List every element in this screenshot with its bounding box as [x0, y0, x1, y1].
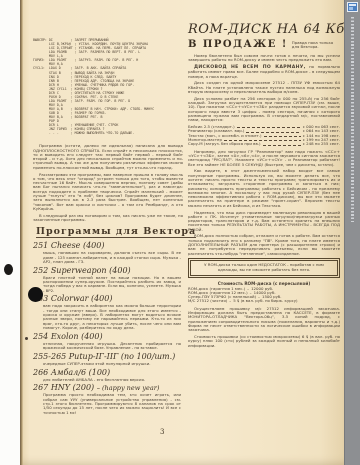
item-name: Cheese: [51, 241, 81, 250]
dust-speck: [25, 337, 28, 340]
item-size: (200): [73, 383, 95, 392]
on-sale-label: В ПРОДАЖЕ !: [188, 39, 288, 50]
item-size: (400): [81, 332, 103, 341]
item-name: HNY: [51, 383, 70, 392]
item-description: Враги плотной толпой валят на ваши позиц…: [43, 276, 181, 293]
item-number: 267: [33, 383, 48, 392]
price-value: 5 $ (в вал. руб. по бирж. курсу): [233, 299, 297, 303]
assembly-listing: ВЫВСПР: DI ; ЗАПРЕТ ПРЕРЫВАНИЙ LXI B,ЭКР…: [33, 26, 183, 135]
item-description: отличная, накрученная игрушка. Десантник…: [43, 342, 181, 351]
sector-table: Бейсик 2.5 (стандарт.) с 000 по 063 сект…: [188, 125, 340, 146]
item-name: Exolon: [51, 332, 79, 341]
item-name: Putup-IГ-IIГ: [69, 352, 119, 361]
page-number: 3: [160, 428, 164, 436]
paragraph: Рассматривая эти программы, вам наверное…: [33, 173, 183, 212]
catalog-item: 266 Амбал/6 (100) для любителей АМБАЛА -…: [33, 368, 183, 382]
catalog-item: 255-265 Putup-IГ-IIГ (по 100/шт.) очеред…: [33, 352, 183, 366]
item-size: (по 100/шт.): [121, 352, 175, 361]
program-name: Copy-M (загруз. без сброса при вв.): [188, 142, 261, 146]
item-size: (100): [89, 368, 111, 377]
vertical-caption-illegible: [351, 17, 354, 222]
paragraph: Программа (кстати, далеко не идеальная) …: [33, 144, 183, 170]
item-description: для любителей АМБАЛА - его бесплатная ве…: [43, 378, 181, 382]
item-number: 254: [33, 332, 48, 341]
paragraph: Номер бюллетеня был совсем почти готов к…: [188, 54, 340, 63]
item-size: (400): [109, 266, 131, 275]
paragraph: Надеемся, что наш диск произведет малень…: [188, 211, 340, 232]
item-description: мышь, попавшая на сыроварню, должна съес…: [43, 251, 181, 264]
item-number: 255-265: [33, 352, 66, 361]
catalog-item: 252 Superweapon (400) Враги плотной толп…: [33, 266, 183, 293]
window-icon[interactable]: [347, 2, 358, 12]
affordability-paragraph: ДИСКОВОД НЕ ВСЕМ ПО КАРМАНУ, но нормальн…: [188, 65, 340, 79]
item-description: вам надо закрасить в лабиринтах как можн…: [43, 304, 181, 330]
ordering-paragraphs: Осуществляем прошивку м/с 27512 информац…: [188, 307, 340, 348]
paragraph: Диск условно разбит на 256 секторов (с 0…: [188, 97, 340, 123]
price-rows: ROM-диск (гарантия 1 мес.) – 12000 руб. …: [188, 287, 340, 304]
price-list: Стоимость ROM-диска (с пересылкой) ROM-д…: [188, 281, 340, 304]
sector-table-row: Copy-M (загруз. без сброса при вв.) с 24…: [188, 142, 340, 146]
rom-disk-title: ROM-ДИСК НА 64 Кбайта: [188, 23, 340, 37]
catalog-item: 253 Colorwar (400) вам надо закрасить в …: [33, 294, 183, 330]
paragraph: Стоимость прошивки (со стоимостью микрос…: [188, 335, 340, 348]
dash-leader: [263, 145, 301, 146]
sale-row: В ПРОДАЖЕ ! Правда пока только для Векто…: [188, 39, 340, 50]
usage-paragraphs: Например, для загрузки ГР "Реаниматор" в…: [188, 150, 340, 256]
paragraph: ROM-диск полностью собран, отлажен и гот…: [188, 234, 340, 255]
price-list-title: Стоимость ROM-диска (с пересылкой): [188, 281, 340, 286]
item-size: (400): [83, 241, 105, 250]
item-description: очередные СУПЕР-этажи этой популярной иг…: [43, 362, 181, 366]
ink-blot: [4, 264, 13, 275]
item-name: Colorwar: [51, 294, 89, 303]
price-row: М/С 27512 (чистая) – 5 $ (в вал. руб. по…: [188, 299, 340, 303]
intro-paragraphs: Номер бюллетеня был совсем почти готов к…: [188, 54, 340, 63]
item-description: Программа просто необходимая тем, кто хо…: [43, 393, 181, 414]
disk-description-paragraphs: Диск создан на одной микросхеме 27512 - …: [188, 81, 340, 122]
catalog-item: 251 Cheese (400) мышь, попавшая на сыров…: [33, 241, 183, 264]
dash: –: [229, 299, 231, 303]
item-number: 251: [33, 241, 48, 250]
dash-leader: [237, 127, 301, 128]
right-column: ROM-ДИСК НА 64 Кбайта В ПРОДАЖЕ ! Правда…: [188, 23, 340, 350]
sector-range: с 248 по 255 сект.: [303, 142, 340, 146]
catalog-item: 267 HNY (200) – (happy new year) Програм…: [33, 383, 183, 414]
item-number: 252: [33, 266, 48, 275]
catalog-item: 254 Exolon (400) отличная, накрученная и…: [33, 332, 183, 351]
price-item: М/С 27512 (чистая): [188, 299, 227, 303]
scanned-page-view: ВЫВСПР: DI ; ЗАПРЕТ ПРЕРЫВАНИЙ LXI B,ЭКР…: [0, 0, 360, 465]
page-left-edge: [20, 0, 23, 465]
drawback-note-box: У ROM-диска только один НЕДОСТАТОК - пор…: [190, 260, 338, 276]
item-number: 266: [33, 368, 48, 377]
programs-section-heading: Программы для Вектора: [33, 226, 183, 238]
item-suffix: – (happy new year): [97, 384, 160, 392]
paragraph: В следующий раз мы поговорим о том, как …: [33, 214, 183, 223]
assembly-line: . . . ; МОЖНО ВЫПОЛНЯТЬ ЧТО-ТО ДАЛЬШЕ.: [33, 131, 183, 135]
paragraph: Например, для загрузки ГР "Реаниматор" в…: [188, 150, 340, 167]
programs-section-title: Программы для Вектора: [36, 226, 196, 238]
viewer-side-strip: [344, 0, 360, 465]
paragraph: Диск создан на одной микросхеме 27512 - …: [188, 81, 340, 94]
paragraph: Осуществляем прошивку м/с 27512 информац…: [188, 307, 340, 333]
hole-punch: [28, 287, 43, 302]
item-size: (400): [91, 294, 113, 303]
item-name: Амбал/6: [51, 368, 86, 377]
paragraph: Как видите, в этот джентльменский набор …: [188, 169, 340, 208]
on-sale-note: Правда пока только для Вектора.: [292, 39, 340, 50]
left-column: ВЫВСПР: DI ; ЗАПРЕТ ПРЕРЫВАНИЙ LXI B,ЭКР…: [33, 26, 183, 416]
left-paragraphs: Программа (кстати, далеко не идеальная) …: [33, 144, 183, 222]
item-name: Superweapon: [51, 266, 107, 275]
dash-leader: [264, 136, 301, 137]
program-catalog: 251 Cheese (400) мышь, попавшая на сыров…: [33, 241, 183, 415]
